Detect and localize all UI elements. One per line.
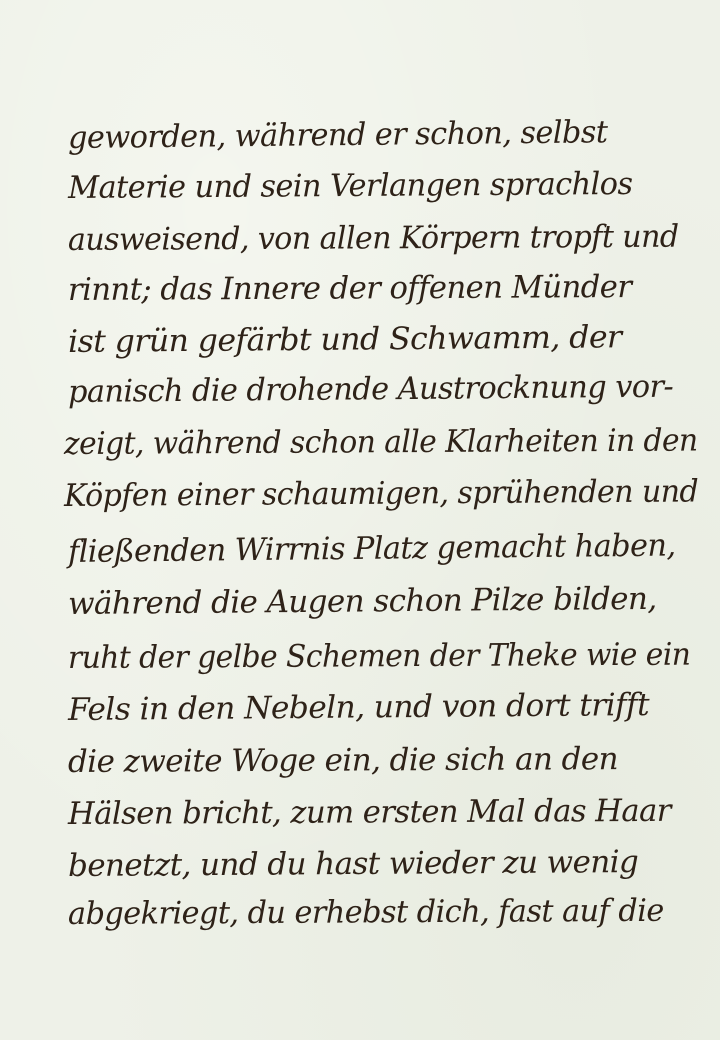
text-line: benetzt, und du hast wieder zu wenig bbox=[68, 842, 638, 886]
text-line: während die Augen schon Pilze bilden, bbox=[68, 579, 657, 624]
manuscript-page: geworden, während er schon, selbst Mater… bbox=[0, 0, 720, 1040]
text-line: Köpfen einer schaumigen, sprühenden und bbox=[64, 471, 698, 516]
text-line: ruht der gelbe Schemen der Theke wie ein bbox=[68, 635, 691, 678]
text-line: zeigt, während schon alle Klarheiten in … bbox=[64, 421, 698, 464]
text-line: panisch die drohende Austrocknung vor- bbox=[68, 367, 673, 412]
text-line: Materie und sein Verlangen sprachlos bbox=[68, 164, 633, 208]
text-line: ausweisend, von allen Körpern tropft und bbox=[68, 217, 679, 260]
text-line: die zweite Woge ein, die sich an den bbox=[68, 739, 618, 782]
text-line: geworden, während er schon, selbst bbox=[68, 112, 608, 158]
text-line: ist grün gefärbt und Schwamm, der bbox=[68, 317, 622, 362]
text-line: rinnt; das Innere der offenen Münder bbox=[68, 267, 632, 310]
text-line: Hälsen bricht, zum ersten Mal das Haar bbox=[68, 791, 671, 834]
text-line: Fels in den Nebeln, und von dort trifft bbox=[68, 685, 649, 730]
text-line: fließenden Wirrnis Platz gemacht haben, bbox=[68, 526, 676, 572]
text-line: abgekriegt, du erhebst dich, fast auf di… bbox=[68, 891, 664, 934]
